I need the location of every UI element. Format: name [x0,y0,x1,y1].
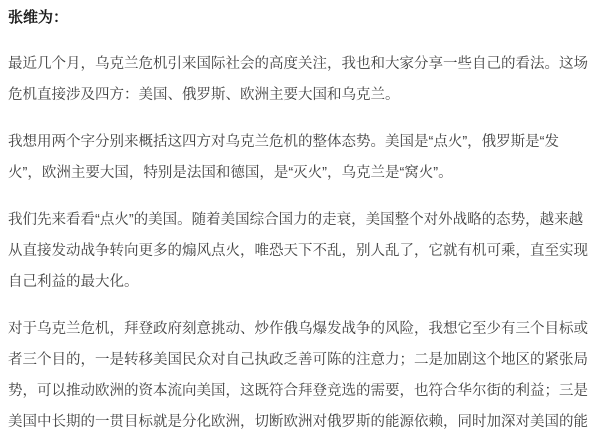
paragraph-summary-four-parties: 我想用两个字分别来概括这四方对乌克兰危机的整体态势。美国是“点火”，俄罗斯是“发… [8,127,590,189]
paragraph-intro: 最近几个月，乌克兰危机引来国际社会的高度关注，我也和大家分享一些自己的看法。这场… [8,49,590,111]
author-heading: 张维为： [8,2,590,33]
article-page: 张维为： 最近几个月，乌克兰危机引来国际社会的高度关注，我也和大家分享一些自己的… [0,0,600,431]
paragraph-usa-ignite: 我们先来看看“点火”的美国。随着美国综合国力的走衰，美国整个对外战略的态势，越来… [8,205,590,298]
paragraph-three-goals: 对于乌克兰危机，拜登政府刻意挑动、炒作俄乌爆发战争的风险，我想它至少有三个目标或… [8,314,590,431]
